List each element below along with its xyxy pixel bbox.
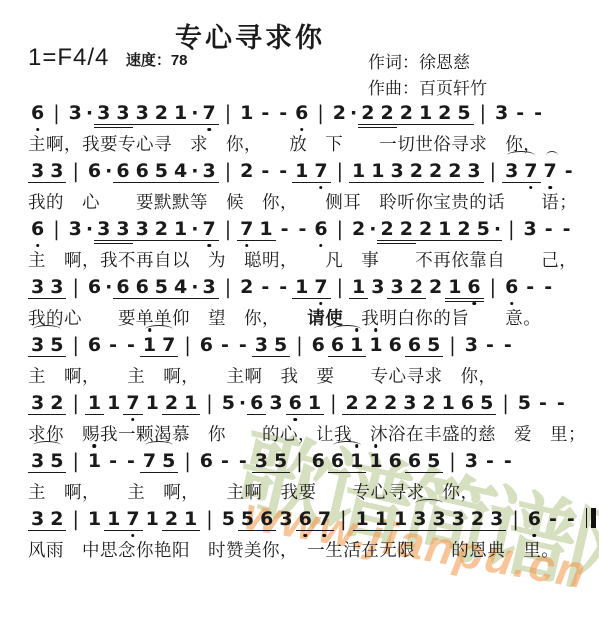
note: 1 bbox=[448, 276, 461, 298]
low-octave-dot bbox=[131, 418, 135, 422]
duration-dash: - bbox=[563, 218, 571, 240]
note: 6 bbox=[314, 218, 327, 240]
low-octave-dot bbox=[131, 534, 135, 538]
low-octave-dot bbox=[319, 302, 323, 306]
high-octave-dot bbox=[93, 444, 97, 448]
beam-group: 25· bbox=[454, 218, 502, 241]
notes-row: 32|117121|556367|11133323|6-- bbox=[28, 498, 588, 537]
lyric-row: 主 啊，我不再自以 为 聪明， 凡 事 不再依靠自 己， bbox=[28, 247, 588, 266]
barline: | bbox=[449, 449, 455, 472]
beam-group: 66 bbox=[113, 160, 151, 183]
note: 3 bbox=[31, 392, 44, 414]
beam-group: 71 bbox=[237, 218, 275, 241]
note: 1 bbox=[240, 102, 253, 124]
duration-dash: - bbox=[526, 276, 534, 298]
note: 6 bbox=[331, 450, 344, 472]
beam-group: 21 bbox=[419, 392, 457, 415]
duration-dash: - bbox=[261, 102, 269, 124]
note: 3 bbox=[202, 276, 215, 298]
note: 1 bbox=[88, 508, 101, 530]
barline: | bbox=[225, 159, 231, 182]
note: 1 bbox=[350, 334, 363, 356]
barline: | bbox=[72, 159, 78, 182]
beam-group: 22 bbox=[358, 102, 396, 128]
beam-group: 65 bbox=[405, 450, 443, 473]
note: 1 bbox=[442, 392, 455, 414]
note: 6 bbox=[289, 392, 302, 414]
augmentation-dot: · bbox=[86, 218, 93, 240]
beam-group: 32 bbox=[28, 392, 66, 415]
note: 1 bbox=[369, 450, 382, 472]
note: 2 bbox=[155, 218, 168, 240]
barline: | bbox=[225, 101, 231, 124]
augmentation-dot: · bbox=[191, 218, 198, 240]
beam-group: 21 bbox=[416, 218, 454, 241]
note: 5 bbox=[50, 450, 63, 472]
beam-group: 33 bbox=[28, 160, 66, 183]
note: 3 bbox=[50, 160, 63, 182]
slur-arc bbox=[33, 325, 61, 334]
system: 6|3·33321·7|71--6|2·222125·|3--主 啊，我不再自以… bbox=[28, 208, 588, 266]
note: 2 bbox=[352, 218, 365, 240]
low-octave-dot bbox=[245, 244, 249, 248]
beam-group: 33 bbox=[94, 102, 132, 128]
note: 1 bbox=[107, 392, 120, 414]
lyric-row: 主 啊， 主 啊， 主啊 我要 专心寻求 你， bbox=[28, 479, 588, 498]
beam-group: 32 bbox=[133, 218, 171, 241]
beam-group: 1 bbox=[85, 392, 104, 415]
duration-dash: - bbox=[486, 334, 494, 356]
note: 2 bbox=[457, 218, 470, 240]
note: 7 bbox=[126, 508, 139, 530]
low-octave-dot bbox=[207, 244, 211, 248]
barline: | bbox=[449, 333, 455, 356]
beam-group: 4·3 bbox=[171, 160, 219, 183]
score: 6|3·33321·7|1--6|2·222125|3--主啊，我要专心寻 求 … bbox=[28, 92, 588, 556]
key-signature: 1=F4/4 bbox=[28, 44, 109, 71]
note: 3 bbox=[413, 508, 426, 530]
note: 1 bbox=[352, 276, 365, 298]
note: 1 bbox=[146, 508, 159, 530]
note: 6 bbox=[461, 392, 474, 414]
duration-dash: - bbox=[221, 334, 229, 356]
note: 3 bbox=[371, 276, 384, 298]
duration-dash: - bbox=[504, 450, 512, 472]
low-octave-dot bbox=[207, 128, 211, 132]
barline: | bbox=[184, 449, 190, 472]
note: 2 bbox=[410, 160, 423, 182]
note: 7 bbox=[143, 450, 156, 472]
note: 3 bbox=[31, 160, 44, 182]
beam-group: 22 bbox=[342, 392, 380, 415]
beam-group: 22 bbox=[377, 218, 415, 244]
beam-group: 32 bbox=[133, 102, 171, 125]
beam-group: 5 bbox=[152, 160, 171, 183]
beam-group: 23 bbox=[468, 508, 506, 531]
note: 6 bbox=[505, 276, 518, 298]
note: 7 bbox=[240, 218, 253, 240]
duration-dash: - bbox=[127, 450, 135, 472]
augmentation-dot: · bbox=[191, 102, 198, 124]
note: 6 bbox=[31, 102, 44, 124]
beam-group: 21 bbox=[397, 102, 435, 125]
note: 1 bbox=[295, 276, 308, 298]
duration-dash: - bbox=[261, 160, 269, 182]
system: 33|6·6654·3|2--17|1332216|6--我的心 要单单仰 望 … bbox=[28, 266, 588, 324]
augmentation-dot: · bbox=[350, 102, 357, 124]
note: 6 bbox=[88, 276, 101, 298]
duration-dash: - bbox=[239, 450, 247, 472]
augmentation-dot: · bbox=[239, 392, 246, 414]
note: 2 bbox=[361, 102, 374, 124]
note: 6 bbox=[88, 334, 101, 356]
duration-dash: - bbox=[549, 508, 557, 530]
note: 3 bbox=[452, 508, 465, 530]
high-octave-dot bbox=[374, 444, 378, 448]
barline: | bbox=[317, 101, 323, 124]
beam-group: 1·7 bbox=[171, 218, 219, 241]
high-octave-dot bbox=[374, 328, 378, 332]
duration-dash: - bbox=[298, 218, 306, 240]
note: 7 bbox=[318, 508, 331, 530]
system: 35|6--17|6--35|6611665|3--主 啊， 主 啊， 主啊 我… bbox=[28, 324, 588, 382]
beam-group: 21 bbox=[162, 508, 200, 531]
note: 2 bbox=[165, 508, 178, 530]
low-octave-dot bbox=[36, 244, 40, 248]
note: 6 bbox=[389, 450, 402, 472]
note: 3 bbox=[255, 450, 268, 472]
barline: | bbox=[296, 449, 302, 472]
barline: | bbox=[337, 217, 343, 240]
sheet-music-page: { "title": "专心寻求你", "meta": { "key": "1=… bbox=[0, 0, 599, 627]
note: 2 bbox=[50, 392, 63, 414]
beam-group: 67 bbox=[296, 508, 334, 531]
duration-dash: - bbox=[544, 276, 552, 298]
note: 7 bbox=[126, 392, 139, 414]
note: 1 bbox=[107, 508, 120, 530]
note: 3 bbox=[269, 392, 282, 414]
beam-group: 6 bbox=[247, 392, 266, 415]
note: 3 bbox=[403, 392, 416, 414]
note: 3 bbox=[97, 102, 110, 124]
low-octave-dot bbox=[510, 302, 514, 306]
note: 3 bbox=[524, 218, 537, 240]
beam-group: 23 bbox=[381, 392, 419, 415]
barline: | bbox=[72, 275, 78, 298]
duration-dash: - bbox=[516, 102, 524, 124]
note: 2 bbox=[410, 276, 423, 298]
beam-group: 4·3 bbox=[171, 276, 219, 299]
beam-group: 75 bbox=[140, 450, 178, 473]
system: 32|117121|5·6361|22232165|5--求你 赐我一颗渴慕 你… bbox=[28, 382, 588, 440]
note: 7 bbox=[162, 334, 175, 356]
note: 2 bbox=[380, 218, 393, 240]
note: 2 bbox=[471, 508, 484, 530]
note: 2 bbox=[422, 392, 435, 414]
augmentation-dot: · bbox=[494, 218, 501, 240]
barline: | bbox=[490, 275, 496, 298]
note: 2 bbox=[384, 392, 397, 414]
note: 1 bbox=[356, 508, 369, 530]
note: 1 bbox=[174, 102, 187, 124]
duration-dash: - bbox=[221, 450, 229, 472]
note: 2 bbox=[365, 392, 378, 414]
beam-group: 17 bbox=[104, 508, 142, 531]
slur-arc bbox=[546, 151, 558, 160]
beam-group: 35 bbox=[252, 450, 290, 473]
beam-group: 61 bbox=[286, 392, 324, 415]
slur-arc bbox=[33, 441, 61, 450]
note: 3 bbox=[432, 508, 445, 530]
beam-group: 61 bbox=[328, 334, 366, 357]
note: 6 bbox=[299, 508, 312, 530]
augmentation-dot: · bbox=[191, 160, 198, 182]
beam-group: 223 bbox=[426, 160, 484, 183]
note: 5 bbox=[274, 334, 287, 356]
note: 6 bbox=[295, 102, 308, 124]
duration-dash: - bbox=[539, 392, 547, 414]
slur-arc bbox=[145, 441, 173, 450]
duration-dash: - bbox=[557, 392, 565, 414]
barline: | bbox=[72, 333, 78, 356]
beam-group: 11 bbox=[349, 160, 387, 183]
note: 1 bbox=[350, 450, 363, 472]
note: 3 bbox=[465, 450, 478, 472]
note: 1 bbox=[369, 334, 382, 356]
lyric-row: 主啊，我要专心寻 求 你， 放 下 一切世俗寻求 你， bbox=[28, 131, 588, 150]
slur-arc bbox=[333, 325, 361, 334]
note: 7 bbox=[524, 160, 537, 182]
lyric-row: 风雨 中思念你艳阳 时赞美你， 一生活在无限 的恩典 里。 bbox=[28, 537, 588, 556]
note: 3 bbox=[490, 508, 503, 530]
low-octave-dot bbox=[300, 128, 304, 132]
note: 2 bbox=[400, 218, 413, 240]
duration-dash: - bbox=[534, 102, 542, 124]
duration-dash: - bbox=[127, 334, 135, 356]
note: 5 bbox=[518, 392, 531, 414]
note: 5 bbox=[50, 334, 63, 356]
barline: | bbox=[480, 101, 486, 124]
note: 3 bbox=[279, 508, 292, 530]
note: 6 bbox=[312, 450, 325, 472]
note: 6 bbox=[31, 218, 44, 240]
note: 3 bbox=[31, 508, 44, 530]
note: 5 bbox=[480, 392, 493, 414]
note: 5 bbox=[457, 102, 470, 124]
duration-dash: - bbox=[565, 160, 573, 182]
beam-group: 37 bbox=[502, 160, 540, 183]
barline: | bbox=[508, 217, 514, 240]
note: 3 bbox=[116, 218, 129, 240]
barline: | bbox=[330, 391, 336, 414]
note: 1 bbox=[394, 508, 407, 530]
note: 3 bbox=[505, 160, 518, 182]
beam-group: 17 bbox=[292, 160, 330, 183]
lyric-row: 我的 心 要默默等 候 你， 侧耳 聆听你宝贵的话 语； bbox=[28, 189, 588, 208]
note: 2 bbox=[240, 276, 253, 298]
duration-dash: - bbox=[279, 160, 287, 182]
note: 7 bbox=[314, 276, 327, 298]
slur-arc bbox=[333, 441, 361, 450]
note: 2 bbox=[240, 160, 253, 182]
note: 3 bbox=[31, 450, 44, 472]
note: 1 bbox=[371, 160, 384, 182]
system: 32|117121|556367|11133323|6--风雨 中思念你艳阳 时… bbox=[28, 498, 588, 556]
beam-group: 11 bbox=[353, 508, 391, 531]
barline: | bbox=[512, 507, 518, 530]
beam-group: 33 bbox=[429, 508, 467, 531]
note: 6 bbox=[116, 160, 129, 182]
note: 1 bbox=[438, 218, 451, 240]
note: 6 bbox=[200, 450, 213, 472]
system: 6|3·33321·7|1--6|2·222125|3--主啊，我要专心寻 求 … bbox=[28, 92, 588, 150]
note: 1 bbox=[88, 392, 101, 414]
note: 2 bbox=[50, 508, 63, 530]
note: 3 bbox=[202, 160, 215, 182]
note: 5 bbox=[427, 334, 440, 356]
key-tempo-row: 1=F4/4 速度：78 bbox=[28, 44, 188, 72]
note: 5 bbox=[155, 276, 168, 298]
note: 6 bbox=[467, 276, 480, 298]
beam-group: 33 bbox=[94, 218, 132, 244]
note: 6 bbox=[250, 392, 263, 414]
note: 6 bbox=[88, 160, 101, 182]
note: 3 bbox=[116, 102, 129, 124]
beam-group: 66 bbox=[113, 276, 151, 299]
notes-row: 35|6--17|6--35|6611665|3-- bbox=[28, 324, 588, 363]
note: 3 bbox=[31, 276, 44, 298]
lyric-row: 求你 赐我一颗渴慕 你 的心，让我 沐浴在丰盛的慈 爱 里； bbox=[28, 421, 588, 440]
barline: | bbox=[340, 507, 346, 530]
barline: | bbox=[72, 449, 78, 472]
note: 2 bbox=[155, 102, 168, 124]
beam-group: 1·7 bbox=[171, 102, 219, 125]
duration-dash: - bbox=[545, 218, 553, 240]
beam-group: 35 bbox=[28, 334, 66, 357]
note: 3 bbox=[390, 276, 403, 298]
low-octave-dot bbox=[319, 186, 323, 190]
note: 1 bbox=[259, 218, 272, 240]
note: 1 bbox=[184, 508, 197, 530]
system: 33|6·6654·3|2--17|1132223|377-我的 心 要默默等 … bbox=[28, 150, 588, 208]
notes-row: 6|3·33321·7|1--6|2·222125|3-- bbox=[28, 92, 588, 131]
slur-arc bbox=[145, 325, 173, 334]
duration-dash: - bbox=[504, 334, 512, 356]
barline: | bbox=[490, 159, 496, 182]
beam-group: 1 bbox=[349, 276, 368, 299]
notes-row: 32|117121|5·6361|22232165|5-- bbox=[28, 382, 588, 421]
note: 3 bbox=[136, 218, 149, 240]
note: 5 bbox=[222, 508, 235, 530]
notes-row: 35|1--75|6--35|6611665|3-- bbox=[28, 440, 588, 479]
barline: | bbox=[184, 333, 190, 356]
note: 3 bbox=[255, 334, 268, 356]
beam-group: 21 bbox=[162, 392, 200, 415]
note: 2 bbox=[380, 102, 393, 124]
low-octave-dot bbox=[303, 534, 307, 538]
note: 6 bbox=[312, 334, 325, 356]
notes-row: 33|6·6654·3|2--17|1332216|6-- bbox=[28, 266, 588, 305]
note: 6 bbox=[528, 508, 541, 530]
barline: | bbox=[72, 391, 78, 414]
note: 6 bbox=[260, 508, 273, 530]
duration-dash: - bbox=[109, 450, 117, 472]
beam-group: 65 bbox=[458, 392, 496, 415]
barline: | bbox=[225, 217, 231, 240]
note: 2 bbox=[345, 392, 358, 414]
system: 35|1--75|6--35|6611665|3--主 啊， 主 啊， 主啊 我… bbox=[28, 440, 588, 498]
note: 7 bbox=[202, 218, 215, 240]
note: 1 bbox=[143, 334, 156, 356]
note: 3 bbox=[465, 334, 478, 356]
note: 3 bbox=[31, 334, 44, 356]
notes-row: 6|3·33321·7|71--6|2·222125·|3-- bbox=[28, 208, 588, 247]
note: 2 bbox=[429, 276, 442, 298]
beam-group: 33 bbox=[28, 276, 66, 299]
low-octave-dot bbox=[533, 534, 537, 538]
note: 1 bbox=[88, 450, 101, 472]
note: 3 bbox=[467, 160, 480, 182]
barline: | bbox=[206, 507, 212, 530]
beam-group: 17 bbox=[140, 334, 178, 357]
note: 2 bbox=[448, 160, 461, 182]
low-octave-dot bbox=[323, 534, 327, 538]
beam-group: 32 bbox=[387, 160, 425, 183]
lyric-row: 主 啊， 主 啊， 主啊 我 要 专心寻求 你， bbox=[28, 363, 588, 382]
note: 1 bbox=[146, 392, 159, 414]
beam-group: 5 bbox=[152, 276, 171, 299]
note: 5 bbox=[274, 450, 287, 472]
note: 3 bbox=[495, 102, 508, 124]
note: 5 bbox=[222, 392, 235, 414]
duration-dash: - bbox=[281, 218, 289, 240]
note: 2 bbox=[165, 392, 178, 414]
note: 7 bbox=[202, 102, 215, 124]
barline: | bbox=[337, 275, 343, 298]
final-barline bbox=[586, 508, 596, 528]
augmentation-dot: · bbox=[191, 276, 198, 298]
slur-arc bbox=[507, 151, 535, 160]
duration-dash: - bbox=[567, 508, 575, 530]
note: 2 bbox=[438, 102, 451, 124]
note: 6 bbox=[408, 334, 421, 356]
barline: | bbox=[337, 159, 343, 182]
note: 2 bbox=[429, 160, 442, 182]
note: 6 bbox=[331, 334, 344, 356]
note: 3 bbox=[50, 276, 63, 298]
low-octave-dot bbox=[548, 186, 552, 190]
augmentation-dot: · bbox=[105, 160, 112, 182]
duration-dash: - bbox=[239, 334, 247, 356]
note: 1 bbox=[295, 160, 308, 182]
lyricist-credit: 作词：徐恩慈 bbox=[368, 50, 487, 76]
tempo-marking: 速度：78 bbox=[126, 52, 188, 69]
augmentation-dot: · bbox=[105, 276, 112, 298]
augmentation-dot: · bbox=[86, 102, 93, 124]
beam-group: 32 bbox=[387, 276, 425, 299]
note: 1 bbox=[308, 392, 321, 414]
beam-group: 7 bbox=[123, 392, 142, 415]
barline: | bbox=[502, 391, 508, 414]
beam-group: 65 bbox=[405, 334, 443, 357]
low-octave-dot bbox=[319, 244, 323, 248]
notes-row: 33|6·6654·3|2--17|1132223|377- bbox=[28, 150, 588, 189]
beam-group: 56 bbox=[238, 508, 276, 531]
duration-dash: - bbox=[279, 276, 287, 298]
low-octave-dot bbox=[36, 128, 40, 132]
note: 6 bbox=[116, 276, 129, 298]
note: 3 bbox=[69, 218, 82, 240]
